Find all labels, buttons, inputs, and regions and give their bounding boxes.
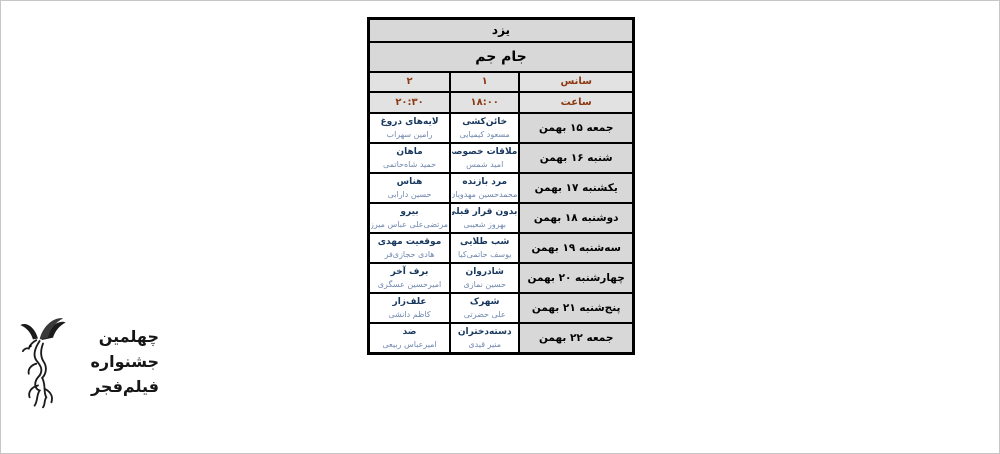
film-director: هادی حجازی‌فر [371, 249, 448, 261]
film-cell: هناس حسین دارابی [369, 173, 451, 203]
day-label: جمعه ۱۵ بهمن [519, 113, 633, 143]
film-cell: ماهان حمید شاه‌حاتمی [369, 143, 451, 173]
film-cell: برف آخر امیرحسین عسگری [369, 263, 451, 293]
film-director: یوسف حاتمی‌کیا [452, 249, 517, 261]
simorgh-bird-icon [17, 315, 69, 409]
table-row: پنج‌شنبه ۲۱ بهمن شهرک علی حضرتی علف‌زار … [369, 293, 634, 323]
film-director: امیرعباس ربیعی [371, 339, 448, 351]
day-label: شنبه ۱۶ بهمن [519, 143, 633, 173]
session-label: سانس [519, 72, 633, 92]
film-title: دسته‌دختران [452, 325, 517, 339]
venue-title: جام جم [369, 42, 634, 72]
page: یزد جام جم سانس ۱ ۲ ساعت ۱۸:۰۰ ۲۰:۳۰ جمع… [0, 0, 1000, 454]
session-2-number: ۲ [369, 72, 451, 92]
festival-logo: چهلمین جشنواره فیلم‌فجر [17, 315, 159, 409]
film-cell: ضد امیرعباس ربیعی [369, 323, 451, 354]
film-title: شادروان [452, 265, 517, 279]
film-director: مرتضی‌علی عباس میرزایی [371, 219, 448, 231]
day-label: دوشنبه ۱۸ بهمن [519, 203, 633, 233]
table-row: دوشنبه ۱۸ بهمن بدون قرار قبلی بهروز شعیب… [369, 203, 634, 233]
film-cell: لایه‌های دروغ رامین سهراب [369, 113, 451, 143]
film-director: محمدحسین مهدویان [452, 189, 517, 201]
film-cell: خائن‌کشی مسعود کیمیایی [450, 113, 519, 143]
film-director: کاظم دانشی [371, 309, 448, 321]
film-cell: دسته‌دختران منیر قیدی [450, 323, 519, 354]
festival-logo-text: چهلمین جشنواره فیلم‌فجر [73, 324, 159, 399]
film-title: ماهان [371, 145, 448, 159]
film-director: رامین سهراب [371, 129, 448, 141]
film-title: لایه‌های دروغ [371, 115, 448, 129]
table-row: جمعه ۱۵ بهمن خائن‌کشی مسعود کیمیایی لایه… [369, 113, 634, 143]
table-row: سه‌شنبه ۱۹ بهمن شب طلایی یوسف حاتمی‌کیا … [369, 233, 634, 263]
film-cell: شادروان حسین نمازی [450, 263, 519, 293]
screening-schedule-table: یزد جام جم سانس ۱ ۲ ساعت ۱۸:۰۰ ۲۰:۳۰ جمع… [367, 17, 635, 355]
film-director: امید شمس [452, 159, 517, 171]
logo-line-2: جشنواره [73, 349, 159, 374]
film-title: شب طلایی [452, 235, 517, 249]
film-director: حسین نمازی [452, 279, 517, 291]
film-title: بیرو [371, 205, 448, 219]
city-title: یزد [369, 19, 634, 42]
film-title: بدون قرار قبلی [452, 205, 517, 219]
table-row: چهارشنبه ۲۰ بهمن شادروان حسین نمازی برف … [369, 263, 634, 293]
day-label: یکشنبه ۱۷ بهمن [519, 173, 633, 203]
film-cell: شهرک علی حضرتی [450, 293, 519, 323]
film-director: علی حضرتی [452, 309, 517, 321]
film-title: برف آخر [371, 265, 448, 279]
film-title: موقعیت مهدی [371, 235, 448, 249]
day-label: سه‌شنبه ۱۹ بهمن [519, 233, 633, 263]
session-1-time: ۱۸:۰۰ [450, 92, 519, 113]
film-director: حسین دارابی [371, 189, 448, 201]
day-label: جمعه ۲۲ بهمن [519, 323, 633, 354]
film-title: مرد بازنده [452, 175, 517, 189]
film-director: بهروز شعیبی [452, 219, 517, 231]
film-title: علف‌زار [371, 295, 448, 309]
session-1-number: ۱ [450, 72, 519, 92]
film-title: خائن‌کشی [452, 115, 517, 129]
logo-line-3: فیلم‌فجر [73, 374, 159, 399]
film-director: امیرحسین عسگری [371, 279, 448, 291]
film-title: ملاقات خصوصی [452, 145, 517, 159]
film-cell: بدون قرار قبلی بهروز شعیبی [450, 203, 519, 233]
film-title: ضد [371, 325, 448, 339]
table-row: جمعه ۲۲ بهمن دسته‌دختران منیر قیدی ضد ام… [369, 323, 634, 354]
film-director: حمید شاه‌حاتمی [371, 159, 448, 171]
film-cell: علف‌زار کاظم دانشی [369, 293, 451, 323]
session-2-time: ۲۰:۳۰ [369, 92, 451, 113]
table-row: شنبه ۱۶ بهمن ملاقات خصوصی امید شمس ماهان… [369, 143, 634, 173]
logo-line-1: چهلمین [73, 324, 159, 349]
day-label: پنج‌شنبه ۲۱ بهمن [519, 293, 633, 323]
film-cell: شب طلایی یوسف حاتمی‌کیا [450, 233, 519, 263]
film-cell: ملاقات خصوصی امید شمس [450, 143, 519, 173]
film-cell: موقعیت مهدی هادی حجازی‌فر [369, 233, 451, 263]
film-director: منیر قیدی [452, 339, 517, 351]
day-label: چهارشنبه ۲۰ بهمن [519, 263, 633, 293]
film-director: مسعود کیمیایی [452, 129, 517, 141]
film-title: هناس [371, 175, 448, 189]
film-title: شهرک [452, 295, 517, 309]
table-row: یکشنبه ۱۷ بهمن مرد بازنده محمدحسین مهدوی… [369, 173, 634, 203]
film-cell: بیرو مرتضی‌علی عباس میرزایی [369, 203, 451, 233]
time-label: ساعت [519, 92, 633, 113]
film-cell: مرد بازنده محمدحسین مهدویان [450, 173, 519, 203]
